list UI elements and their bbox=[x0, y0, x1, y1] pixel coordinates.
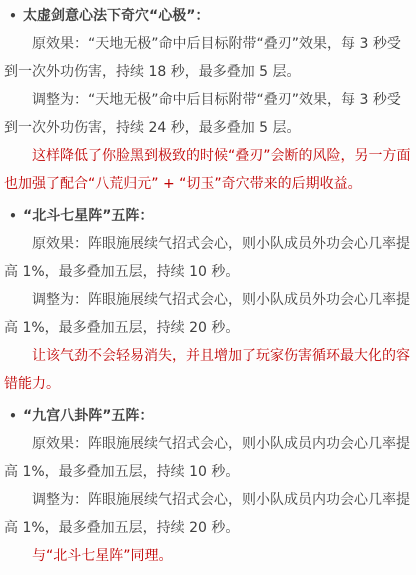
original-effect-text: 原效果：阵眼施展续气招式会心，则小队成员内功会心几率提高 1%，最多叠加五层，持… bbox=[4, 430, 411, 486]
section-heading: • 太虚剑意心法下奇穴“心极”： bbox=[4, 2, 411, 30]
section-beidou-qixing: • “北斗七星阵”五阵： 原效果：阵眼施展续气招式会心，则小队成员外功会心几率提… bbox=[4, 202, 411, 398]
bullet-icon: • bbox=[8, 202, 18, 230]
section-heading: • “北斗七星阵”五阵： bbox=[4, 202, 411, 230]
designer-note-text: 与“北斗七星阵”同理。 bbox=[4, 542, 411, 570]
bullet-icon: • bbox=[8, 2, 18, 30]
section-heading: • “九宫八卦阵”五阵： bbox=[4, 402, 411, 430]
section-jiugong-bagua: • “九宫八卦阵”五阵： 原效果：阵眼施展续气招式会心，则小队成员内功会心几率提… bbox=[4, 402, 411, 570]
bullet-icon: • bbox=[8, 402, 18, 430]
adjusted-effect-text: 调整为：阵眼施展续气招式会心，则小队成员外功会心几率提高 1%，最多叠加五层，持… bbox=[4, 286, 411, 342]
section-heading-text: “九宫八卦阵”五阵： bbox=[23, 402, 411, 430]
section-taixu-xinji: • 太虚剑意心法下奇穴“心极”： 原效果：“天地无极”命中后目标附带“叠刃”效果… bbox=[4, 2, 411, 198]
patch-notes-document: • 太虚剑意心法下奇穴“心极”： 原效果：“天地无极”命中后目标附带“叠刃”效果… bbox=[0, 0, 416, 570]
section-heading-text: “北斗七星阵”五阵： bbox=[23, 202, 411, 230]
adjusted-effect-text: 调整为：阵眼施展续气招式会心，则小队成员内功会心几率提高 1%，最多叠加五层，持… bbox=[4, 486, 411, 542]
designer-note-text: 这样降低了你脸黑到极致的时候“叠刃”会断的风险，另一方面也加强了配合“八荒归元”… bbox=[4, 142, 411, 198]
designer-note-text: 让该气劲不会轻易消失，并且增加了玩家伤害循环最大化的容错能力。 bbox=[4, 342, 411, 398]
original-effect-text: 原效果：“天地无极”命中后目标附带“叠刃”效果，每 3 秒受到一次外功伤害，持续… bbox=[4, 30, 411, 86]
section-heading-text: 太虚剑意心法下奇穴“心极”： bbox=[23, 2, 411, 30]
original-effect-text: 原效果：阵眼施展续气招式会心，则小队成员外功会心几率提高 1%，最多叠加五层，持… bbox=[4, 230, 411, 286]
adjusted-effect-text: 调整为：“天地无极”命中后目标附带“叠刃”效果，每 3 秒受到一次外功伤害，持续… bbox=[4, 86, 411, 142]
